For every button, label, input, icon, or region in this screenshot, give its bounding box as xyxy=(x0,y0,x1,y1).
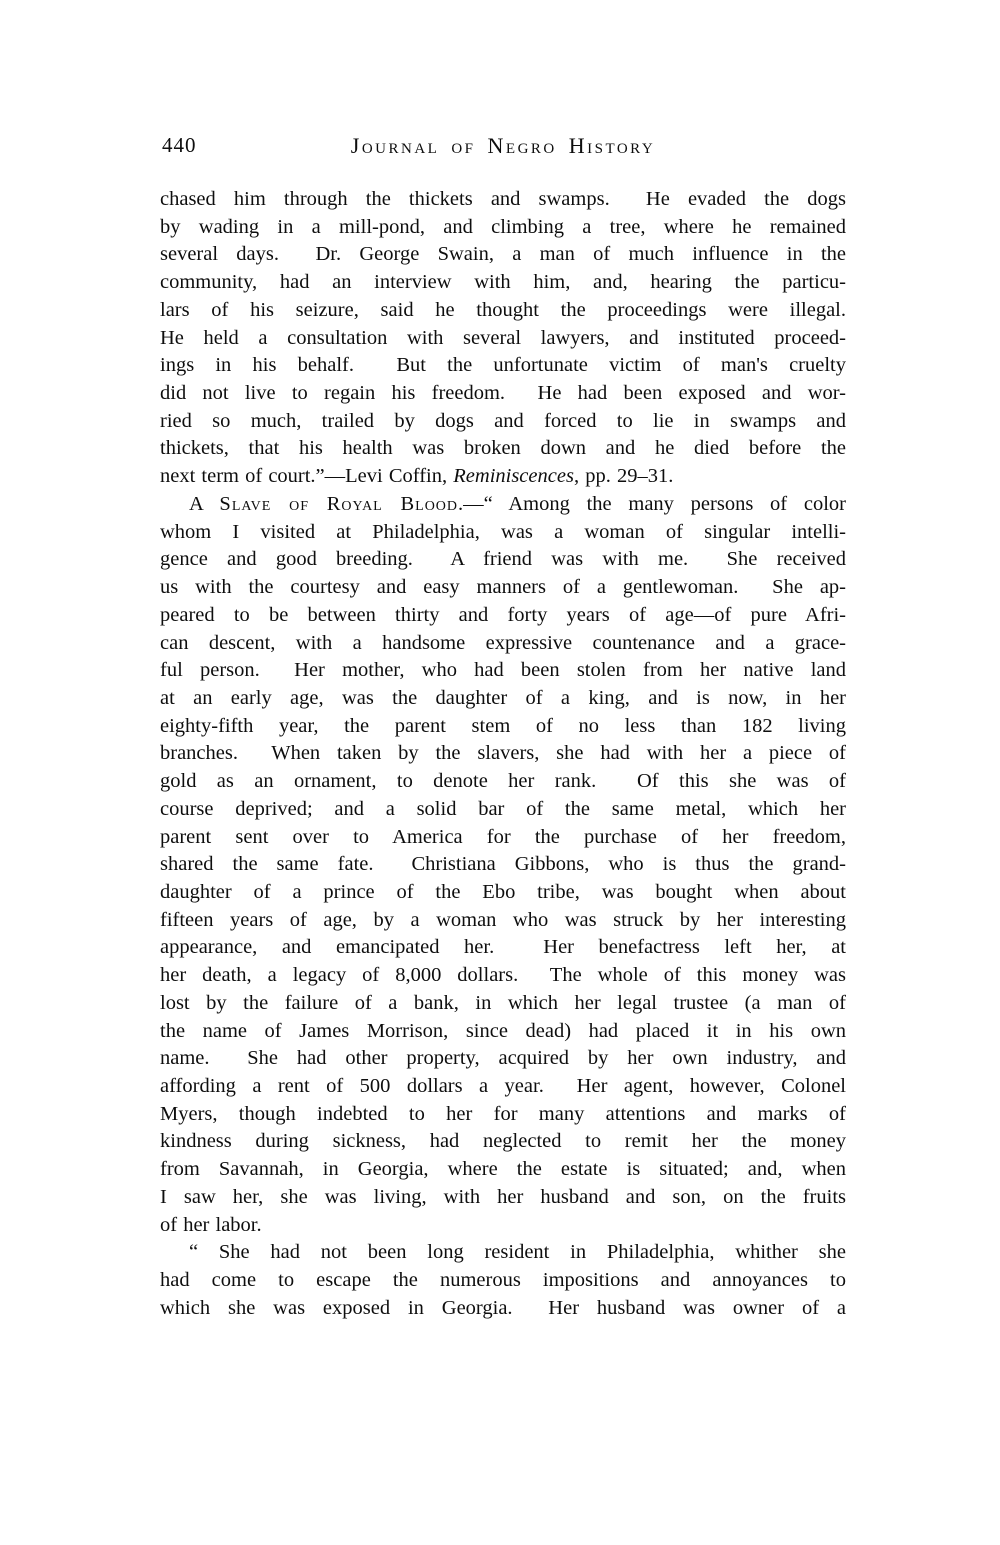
text-segment: , pp. 29–31. xyxy=(574,465,673,487)
text-line: us with the courtesy and easy manners of… xyxy=(160,574,846,602)
text-line: gold as an ornament, to denote her rank.… xyxy=(160,768,846,796)
text-line: ings in his behalf. But the unfortunate … xyxy=(160,352,846,380)
text-line: A Slave of Royal Blood.—“ Among the many… xyxy=(160,491,846,519)
text-segment: next term of court.”—Levi Coffin, xyxy=(160,465,453,487)
text-line: community, had an interview with him, an… xyxy=(160,269,846,297)
text-segment: A xyxy=(189,493,219,515)
text-line: her death, a legacy of 8,000 dollars. Th… xyxy=(160,962,846,990)
text-line: by wading in a mill-pond, and climbing a… xyxy=(160,214,846,242)
page-body: chased him through the thickets and swam… xyxy=(160,186,846,1322)
text-line: several days. Dr. George Swain, a man of… xyxy=(160,241,846,269)
text-line: of her labor. xyxy=(160,1212,846,1240)
text-line: “ She had not been long resident in Phil… xyxy=(160,1239,846,1267)
text-line: name. She had other property, acquired b… xyxy=(160,1045,846,1073)
text-line: peared to be between thirty and forty ye… xyxy=(160,602,846,630)
text-line: ried so much, trailed by dogs and forced… xyxy=(160,408,846,436)
text-line: I saw her, she was living, with her husb… xyxy=(160,1184,846,1212)
text-line: affording a rent of 500 dollars a year. … xyxy=(160,1073,846,1101)
text-line: gence and good breeding. A friend was wi… xyxy=(160,546,846,574)
text-line: fifteen years of age, by a woman who was… xyxy=(160,907,846,935)
smallcaps-text: Slave of Royal Blood xyxy=(219,493,458,515)
text-line: ful person. Her mother, who had been sto… xyxy=(160,657,846,685)
text-line: daughter of a prince of the Ebo tribe, w… xyxy=(160,879,846,907)
text-line: which she was exposed in Georgia. Her hu… xyxy=(160,1295,846,1323)
italic-text: Reminiscences xyxy=(453,465,574,487)
scanned-page: 440 Journal of Negro History chased him … xyxy=(0,0,1000,1545)
text-line: thickets, that his health was broken dow… xyxy=(160,435,846,463)
text-segment: .—“ Among the many persons of color xyxy=(458,493,846,515)
text-line: Myers, though indebted to her for many a… xyxy=(160,1101,846,1129)
text-line: parent sent over to America for the purc… xyxy=(160,824,846,852)
text-line: lost by the failure of a bank, in which … xyxy=(160,990,846,1018)
text-line: branches. When taken by the slavers, she… xyxy=(160,740,846,768)
text-line: course deprived; and a solid bar of the … xyxy=(160,796,846,824)
text-line: did not live to regain his freedom. He h… xyxy=(160,380,846,408)
text-line: from Savannah, in Georgia, where the est… xyxy=(160,1156,846,1184)
text-line: He held a consultation with several lawy… xyxy=(160,325,846,353)
text-line: eighty-fifth year, the parent stem of no… xyxy=(160,713,846,741)
text-line: kindness during sickness, had neglected … xyxy=(160,1128,846,1156)
text-line: next term of court.”—Levi Coffin, Remini… xyxy=(160,463,846,491)
text-line: lars of his seizure, said he thought the… xyxy=(160,297,846,325)
text-line: whom I visited at Philadelphia, was a wo… xyxy=(160,519,846,547)
text-line: had come to escape the numerous impositi… xyxy=(160,1267,846,1295)
text-line: appearance, and emancipated her. Her ben… xyxy=(160,934,846,962)
text-line: at an early age, was the daughter of a k… xyxy=(160,685,846,713)
text-line: can descent, with a handsome expressive … xyxy=(160,630,846,658)
running-head: 440 Journal of Negro History xyxy=(160,133,846,161)
text-line: chased him through the thickets and swam… xyxy=(160,186,846,214)
text-line: the name of James Morrison, since dead) … xyxy=(160,1018,846,1046)
text-line: shared the same fate. Christiana Gibbons… xyxy=(160,851,846,879)
journal-title: Journal of Negro History xyxy=(160,133,846,159)
